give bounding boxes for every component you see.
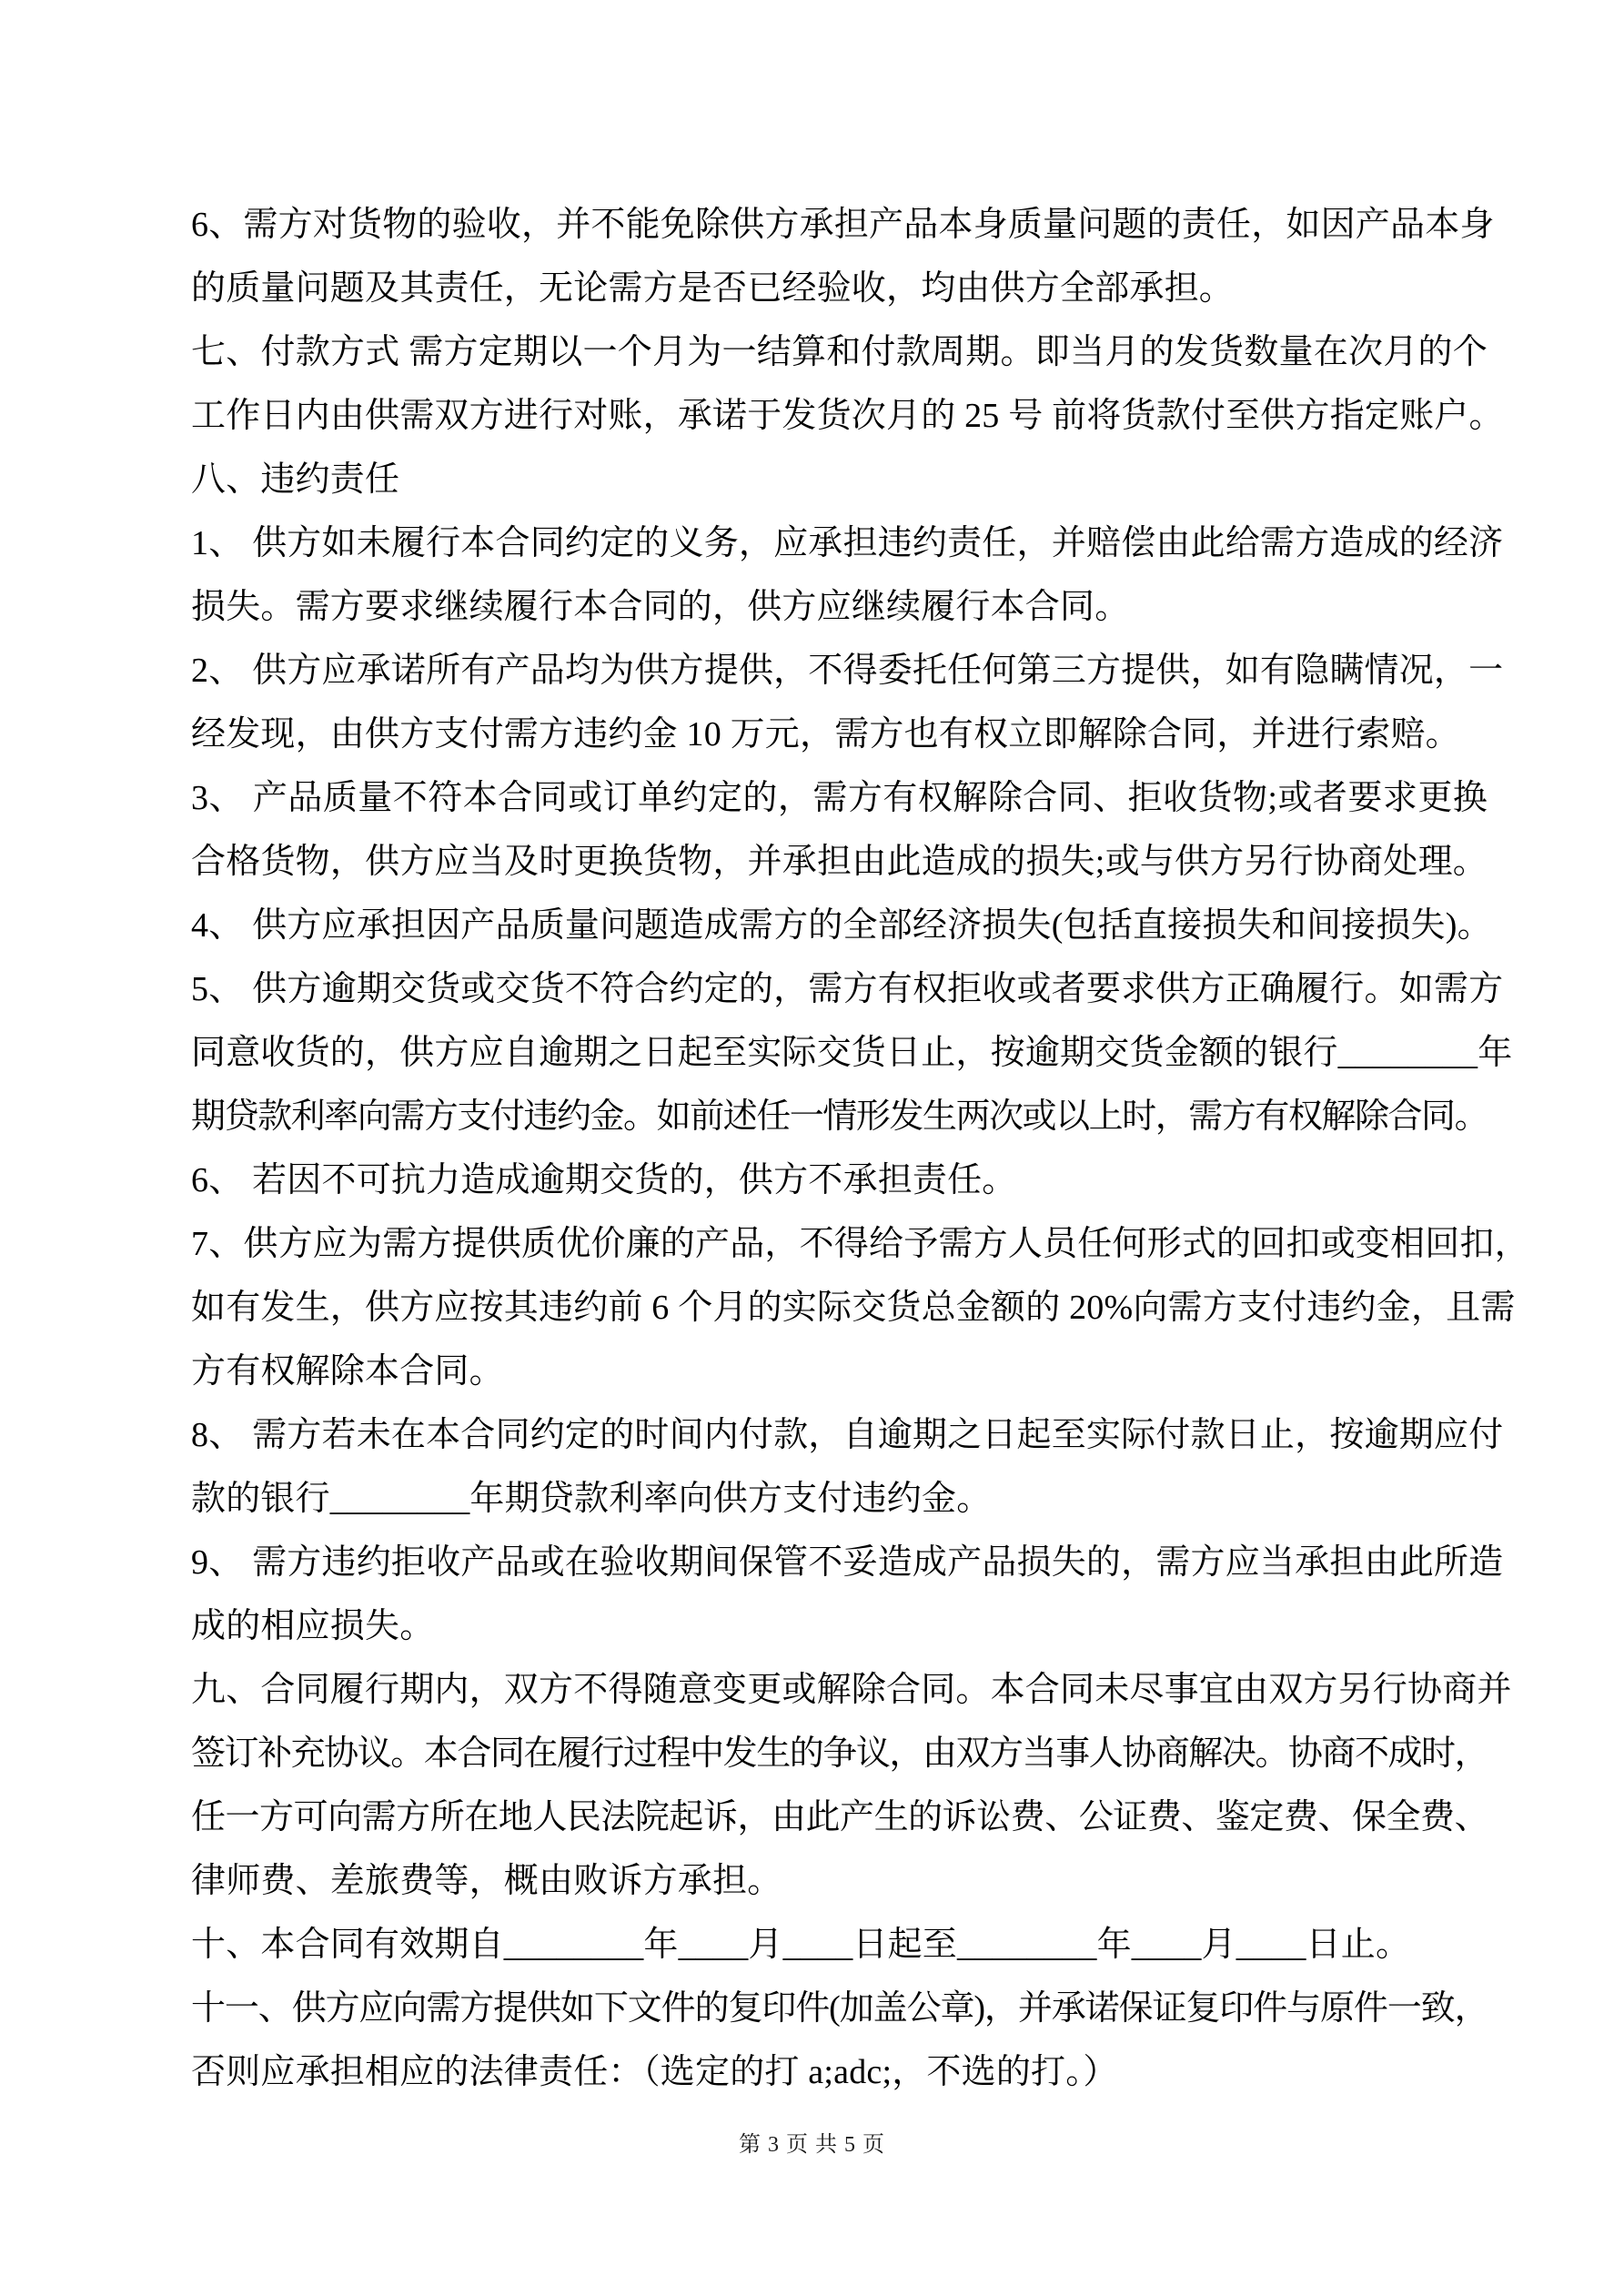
- contract-page: 6、需方对货物的验收，并不能免除供方承担产品本身质量问题的责任，如因产品本身的质…: [0, 0, 1624, 2296]
- contract-line: 经发现，由供方支付需方违约金 10 万元，需方也有权立即解除合同，并进行索赔。: [191, 703, 1488, 766]
- contract-line: 否则应承担相应的法律责任：（选定的打 a;adc;，不选的打。）: [191, 2040, 1488, 2104]
- page-footer: 第 3 页 共 5 页: [0, 2131, 1624, 2159]
- contract-line: 1、 供方如未履行本合同约定的义务，应承担违约责任，并赔偿由此给需方造成的经济: [191, 511, 1488, 575]
- contract-body: 6、需方对货物的验收，并不能免除供方承担产品本身质量问题的责任，如因产品本身的质…: [191, 193, 1488, 2104]
- contract-line: 款的银行________年期贷款利率向供方支付违约金。: [191, 1467, 1488, 1531]
- contract-line: 签订补充协议。本合同在履行过程中发生的争议，由双方当事人协商解决。协商不成时，: [191, 1722, 1488, 1785]
- contract-line: 工作日内由供需双方进行对账，承诺于发货次月的 25 号 前将货款付至供方指定账户…: [191, 384, 1488, 448]
- contract-line: 8、 需方若未在本合同约定的时间内付款，自逾期之日起至实际付款日止，按逾期应付: [191, 1403, 1488, 1467]
- contract-line: 7、供方应为需方提供质优价廉的产品，不得给予需方人员任何形式的回扣或变相回扣，: [191, 1212, 1488, 1276]
- contract-line: 损失。需方要求继续履行本合同的，供方应继续履行本合同。: [191, 575, 1488, 639]
- contract-line: 4、 供方应承担因产品质量问题造成需方的全部经济损失(包括直接损失和间接损失)。: [191, 894, 1488, 957]
- contract-line: 九、合同履行期内，双方不得随意变更或解除合同。本合同未尽事宜由双方另行协商并: [191, 1658, 1488, 1722]
- contract-line: 2、 供方应承诺所有产品均为供方提供，不得委托任何第三方提供，如有隐瞒情况，一: [191, 639, 1488, 703]
- contract-line: 6、 若因不可抗力造成逾期交货的，供方不承担责任。: [191, 1148, 1488, 1212]
- contract-line: 5、 供方逾期交货或交货不符合约定的，需方有权拒收或者要求供方正确履行。如需方: [191, 957, 1488, 1021]
- contract-line: 十一、供方应向需方提供如下文件的复印件(加盖公章)，并承诺保证复印件与原件一致，: [191, 1977, 1488, 2040]
- contract-line: 律师费、差旅费等，概由败诉方承担。: [191, 1849, 1488, 1913]
- contract-line: 合格货物，供方应当及时更换货物，并承担由此造成的损失;或与供方另行协商处理。: [191, 830, 1488, 894]
- contract-line: 成的相应损失。: [191, 1594, 1488, 1658]
- contract-line: 同意收货的，供方应自逾期之日起至实际交货日止，按逾期交货金额的银行_______…: [191, 1021, 1488, 1085]
- contract-line: 七、付款方式 需方定期以一个月为一结算和付款周期。即当月的发货数量在次月的个: [191, 320, 1488, 384]
- contract-line: 的质量问题及其责任，无论需方是否已经验收，均由供方全部承担。: [191, 257, 1488, 320]
- contract-line: 任一方可向需方所在地人民法院起诉，由此产生的诉讼费、公证费、鉴定费、保全费、: [191, 1785, 1488, 1849]
- contract-line: 方有权解除本合同。: [191, 1340, 1488, 1403]
- contract-line: 3、 产品质量不符本合同或订单约定的，需方有权解除合同、拒收货物;或者要求更换: [191, 766, 1488, 830]
- contract-line: 9、 需方违约拒收产品或在验收期间保管不妥造成产品损失的，需方应当承担由此所造: [191, 1531, 1488, 1594]
- contract-line: 八、违约责任: [191, 448, 1488, 511]
- contract-line: 十、本合同有效期自________年____月____日起至________年_…: [191, 1913, 1488, 1977]
- contract-line: 期贷款利率向需方支付违约金。如前述任一情形发生两次或以上时，需方有权解除合同。: [191, 1085, 1488, 1148]
- contract-line: 6、需方对货物的验收，并不能免除供方承担产品本身质量问题的责任，如因产品本身: [191, 193, 1488, 257]
- contract-line: 如有发生，供方应按其违约前 6 个月的实际交货总金额的 20%向需方支付违约金，…: [191, 1276, 1488, 1340]
